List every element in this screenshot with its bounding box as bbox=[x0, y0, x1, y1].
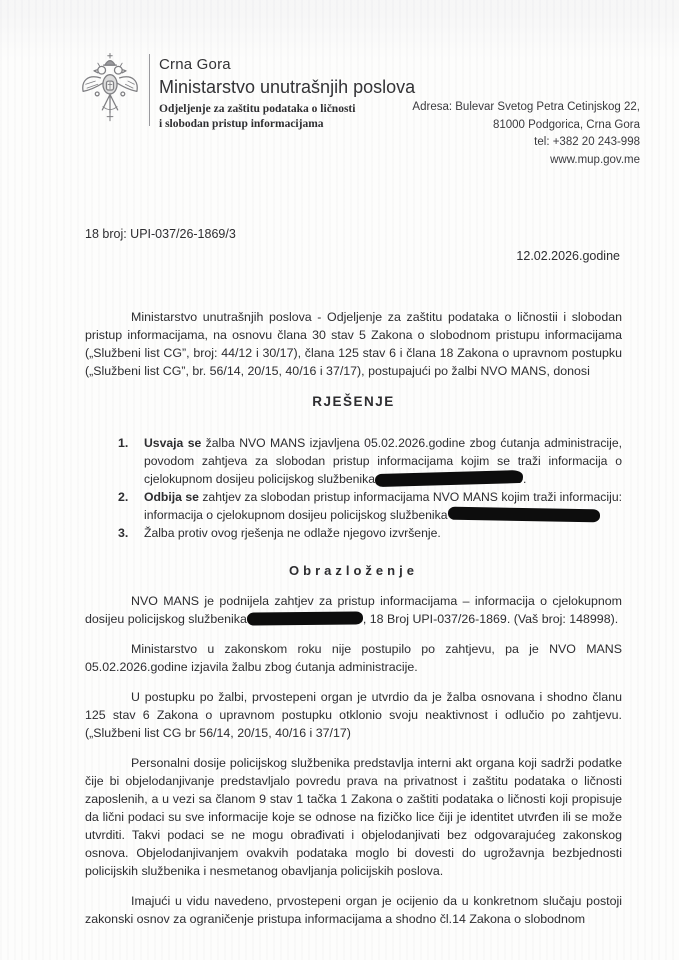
explanation-paragraph-4: Personalni dosije policijskog službenika… bbox=[85, 754, 622, 880]
address-street: Adresa: Bulevar Svetog Petra Cetinjskog … bbox=[412, 99, 640, 117]
address-website: www.mup.gov.me bbox=[412, 152, 640, 170]
item-number: 3. bbox=[118, 524, 144, 542]
item-lead: Odbija se bbox=[144, 490, 199, 504]
item-lead: Usvaja se bbox=[144, 436, 201, 450]
department-line1: Odjeljenje za zaštitu podataka o ličnost… bbox=[159, 102, 415, 117]
explanation-paragraph-1: NVO MANS je podnijela zahtjev za pristup… bbox=[85, 592, 622, 628]
item-number: 1. bbox=[118, 434, 144, 488]
letterhead-divider bbox=[149, 54, 150, 126]
decision-title: RJEŠENJE bbox=[85, 393, 622, 411]
decision-item-2: 2. Odbija se zahtjev za slobodan pristup… bbox=[118, 488, 622, 524]
address-city: 81000 Podgorica, Crna Gora bbox=[412, 117, 640, 135]
redaction-mark bbox=[375, 470, 523, 487]
ministry-name: Ministarstvo unutrašnjih poslova bbox=[159, 77, 415, 98]
contact-address-block: Adresa: Bulevar Svetog Petra Cetinjskog … bbox=[412, 99, 640, 169]
montenegro-coat-of-arms-icon bbox=[78, 50, 142, 132]
address-phone: tel: +382 20 243-998 bbox=[412, 134, 640, 152]
item-number: 2. bbox=[118, 488, 144, 524]
document-date: 12.02.2026.godine bbox=[516, 249, 620, 263]
decision-item-1: 1. Usvaja se žalba NVO MANS izjavljena 0… bbox=[118, 434, 622, 488]
item-after: . bbox=[523, 472, 526, 486]
ministry-block: Crna Gora Ministarstvo unutrašnjih poslo… bbox=[159, 50, 415, 131]
document-body: Ministarstvo unutrašnjih poslova - Odjel… bbox=[85, 308, 622, 928]
explanation-paragraph-2: Ministarstvo u zakonskom roku nije postu… bbox=[85, 640, 622, 676]
redaction-mark bbox=[247, 611, 363, 625]
item-text: Žalba protiv ovog rješenja ne odlaže nje… bbox=[144, 524, 622, 542]
explanation-paragraph-3: U postupku po žalbi, prvostepeni organ j… bbox=[85, 688, 622, 742]
item-text: Odbija se zahtjev za slobodan pristup in… bbox=[144, 488, 622, 524]
decision-items: 1. Usvaja se žalba NVO MANS izjavljena 0… bbox=[118, 434, 622, 542]
explanation-paragraph-5: Imajući u vidu navedeno, prvostepeni org… bbox=[85, 892, 622, 928]
decision-item-3: 3. Žalba protiv ovog rješenja ne odlaže … bbox=[118, 524, 622, 542]
reference-number: 18 broj: UPI-037/26-1869/3 bbox=[85, 227, 236, 241]
scanned-document-page: Crna Gora Ministarstvo unutrašnjih poslo… bbox=[0, 0, 679, 960]
item-body: Žalba protiv ovog rješenja ne odlaže nje… bbox=[144, 526, 441, 540]
paragraph-text: , 18 Broj UPI-037/26-1869. (Vaš broj: 14… bbox=[363, 612, 618, 626]
department-line2: i slobodan pristup informacijama bbox=[159, 117, 415, 132]
letterhead: Crna Gora Ministarstvo unutrašnjih poslo… bbox=[78, 50, 415, 132]
explanation-title: Obrazloženje bbox=[85, 562, 622, 580]
intro-paragraph: Ministarstvo unutrašnjih poslova - Odjel… bbox=[85, 308, 622, 380]
redaction-mark bbox=[447, 507, 599, 523]
item-text: Usvaja se žalba NVO MANS izjavljena 05.0… bbox=[144, 434, 622, 488]
country-name: Crna Gora bbox=[159, 56, 415, 73]
